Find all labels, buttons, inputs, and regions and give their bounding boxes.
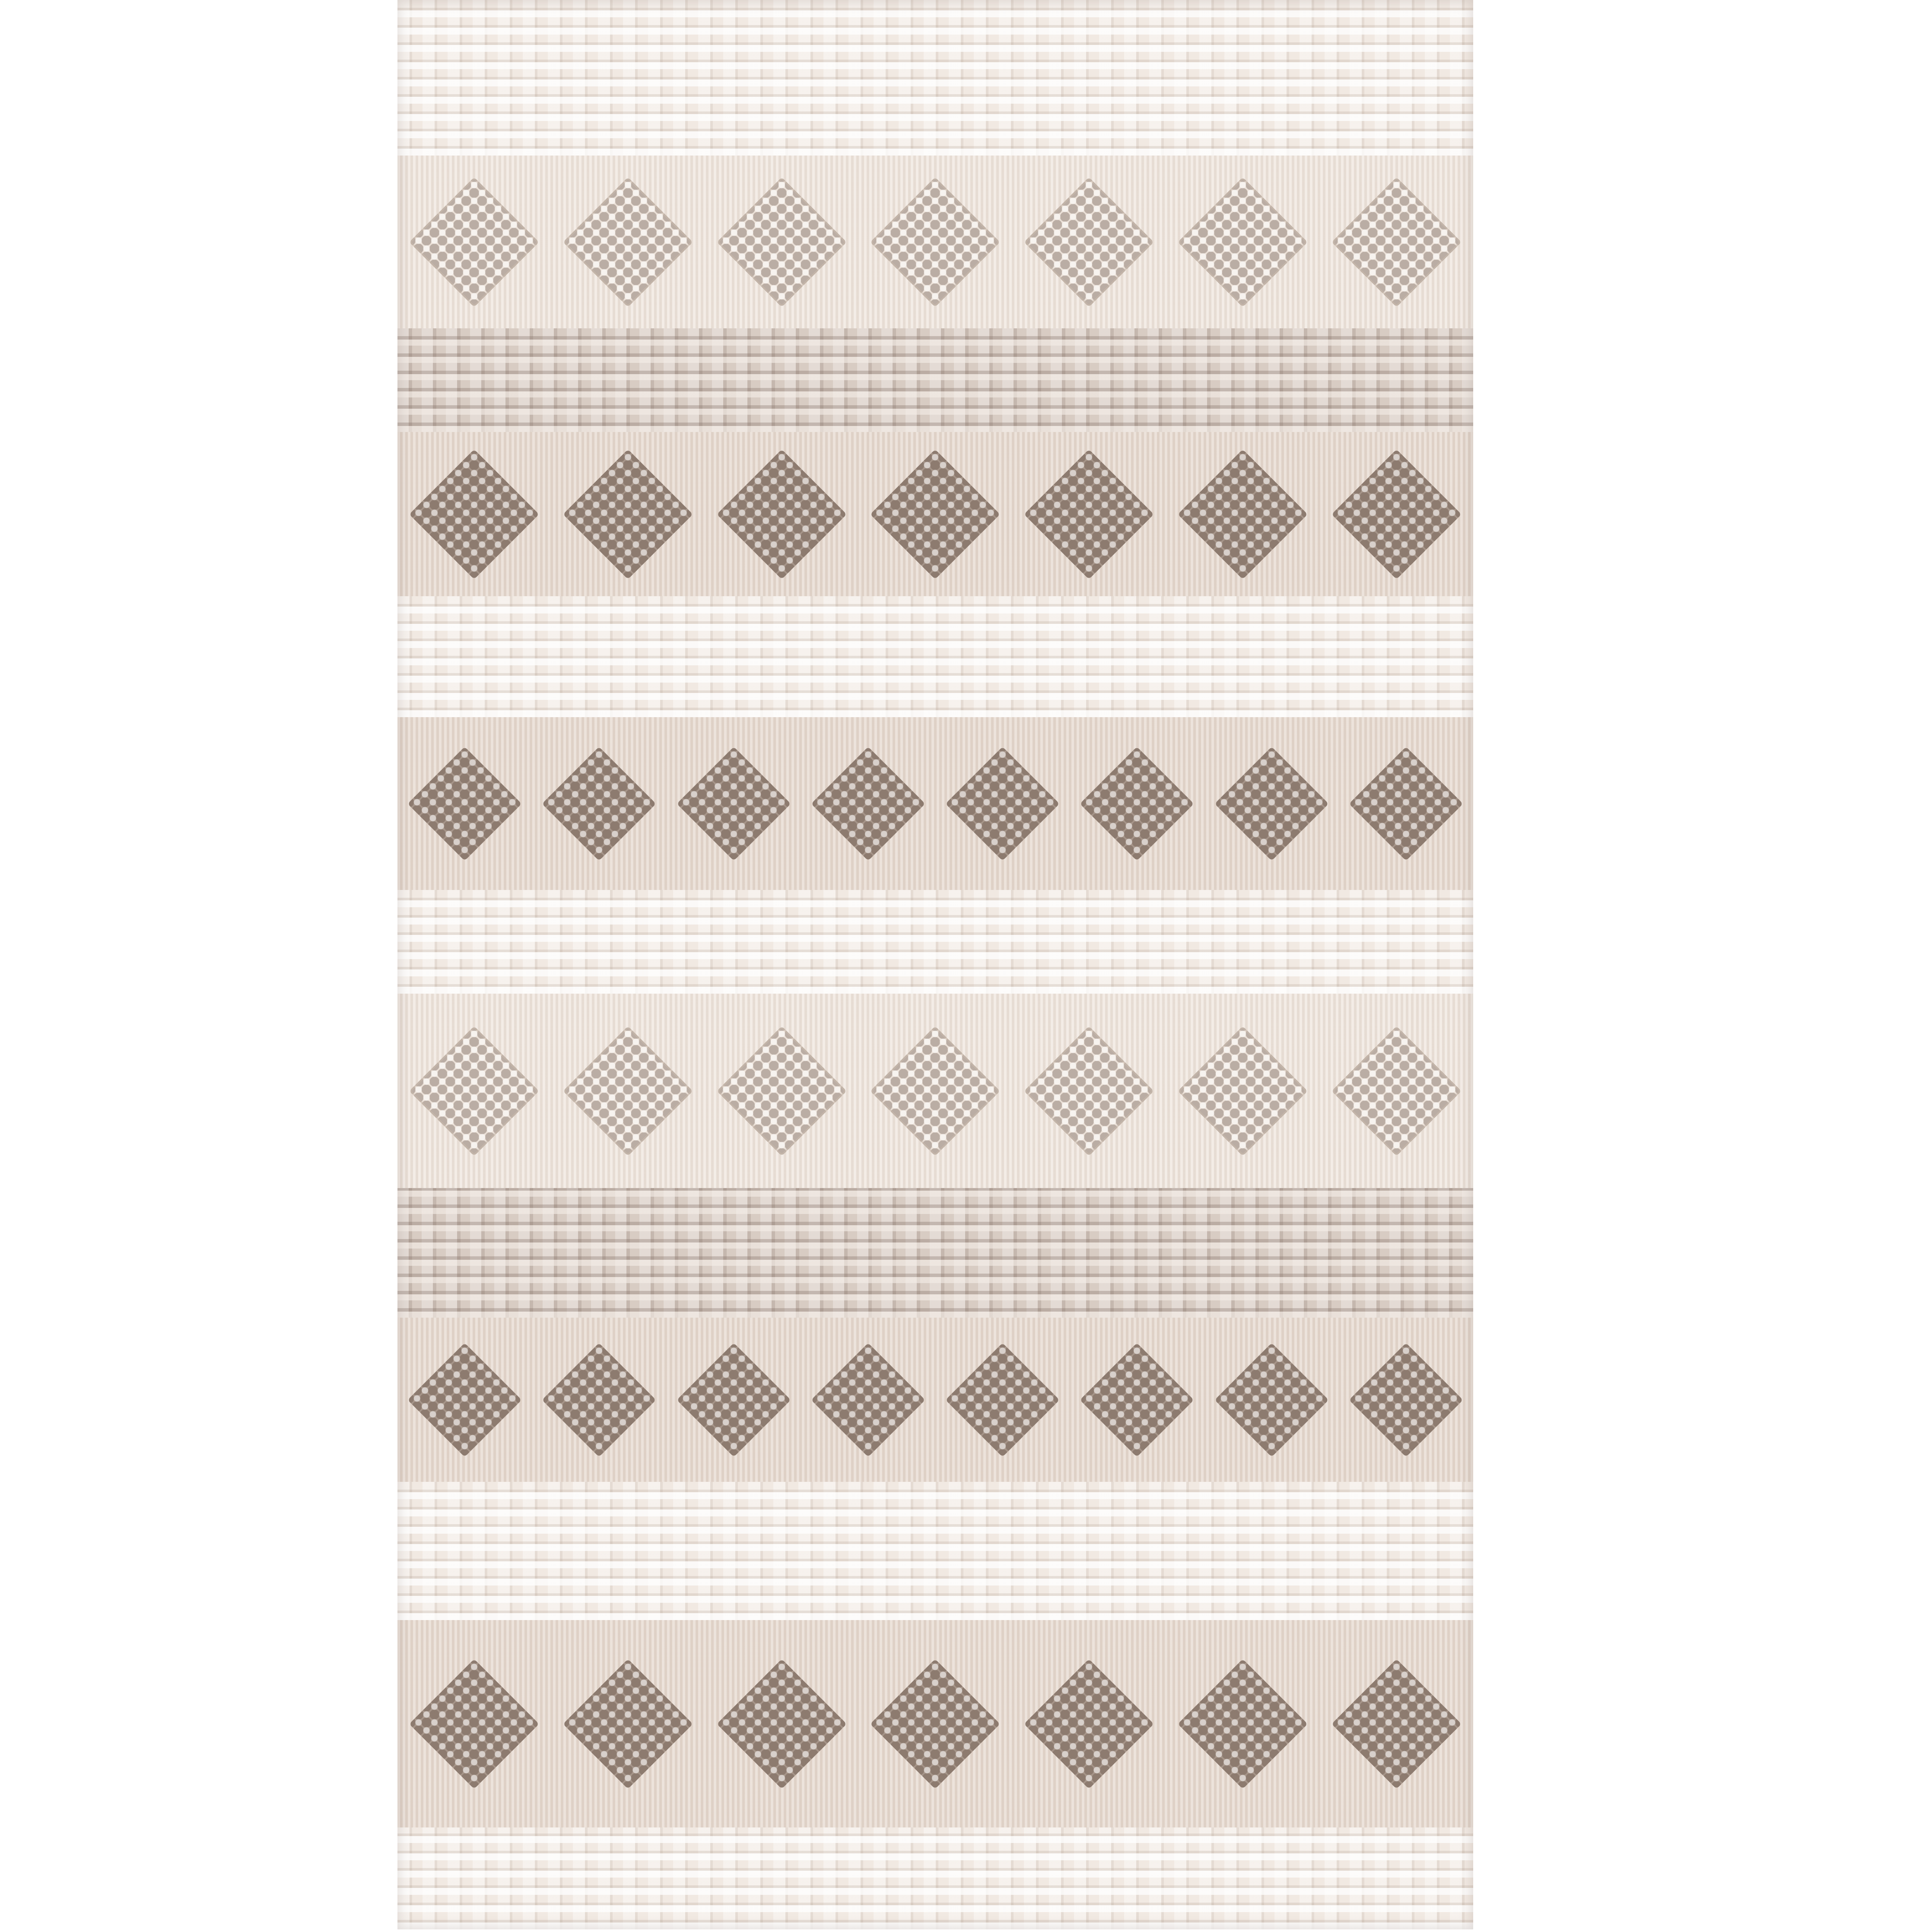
diamond-motif [811,1343,925,1457]
diamond-motif [1178,177,1308,307]
diamond-motif [945,1343,1059,1457]
diamond-motif [1080,1343,1194,1457]
diamond-motif [1331,449,1461,579]
diamond-motif [870,449,1000,579]
diamond-band [397,156,1473,328]
diamond-motif [1178,1026,1308,1156]
diamond-motif [1331,1026,1461,1156]
diamond-motif [542,747,656,861]
diamond-band [397,994,1473,1188]
diamond-motif [563,1026,693,1156]
diamond-motif [870,177,1000,307]
diamond-motif [1331,1659,1461,1789]
diamond-motif [1024,449,1154,579]
diamond-motif [1178,1659,1308,1789]
diamond-motif [945,747,1059,861]
diamond-motif [563,449,693,579]
diamond-motif [870,1659,1000,1789]
diamond-motif [717,449,847,579]
diamond-motif [409,1026,539,1156]
diamond-motif [811,747,925,861]
diamond-motif [409,177,539,307]
diamond-motif [717,177,847,307]
diamond-motif [1024,1659,1154,1789]
diamond-motif [407,1343,521,1457]
diamond-motif [1024,1026,1154,1156]
diamond-motif [1349,747,1463,861]
diamond-motif [1349,1343,1463,1457]
weave-band [397,328,1473,432]
weave-band [397,0,1473,156]
diamond-motif [1331,177,1461,307]
diamond-motif [407,747,521,861]
diamond-motif [563,1659,693,1789]
diamond-motif [717,1659,847,1789]
weave-band [397,1188,1473,1318]
diamond-motif [409,1659,539,1789]
rug [397,0,1473,1929]
diamond-band [397,1620,1473,1827]
weave-band [397,890,1473,994]
diamond-motif [677,1343,791,1457]
weave-band [397,1482,1473,1620]
weave-band [397,1827,1473,1929]
diamond-band [397,1318,1473,1482]
diamond-motif [563,177,693,307]
diamond-motif [1080,747,1194,861]
diamond-motif [677,747,791,861]
diamond-motif [870,1026,1000,1156]
diamond-band [397,717,1473,890]
weave-band [397,596,1473,717]
diamond-motif [409,449,539,579]
diamond-motif [1214,747,1328,861]
diamond-motif [1024,177,1154,307]
diamond-motif [1178,449,1308,579]
diamond-band [397,432,1473,596]
diamond-motif [717,1026,847,1156]
diamond-motif [1214,1343,1328,1457]
diamond-motif [542,1343,656,1457]
